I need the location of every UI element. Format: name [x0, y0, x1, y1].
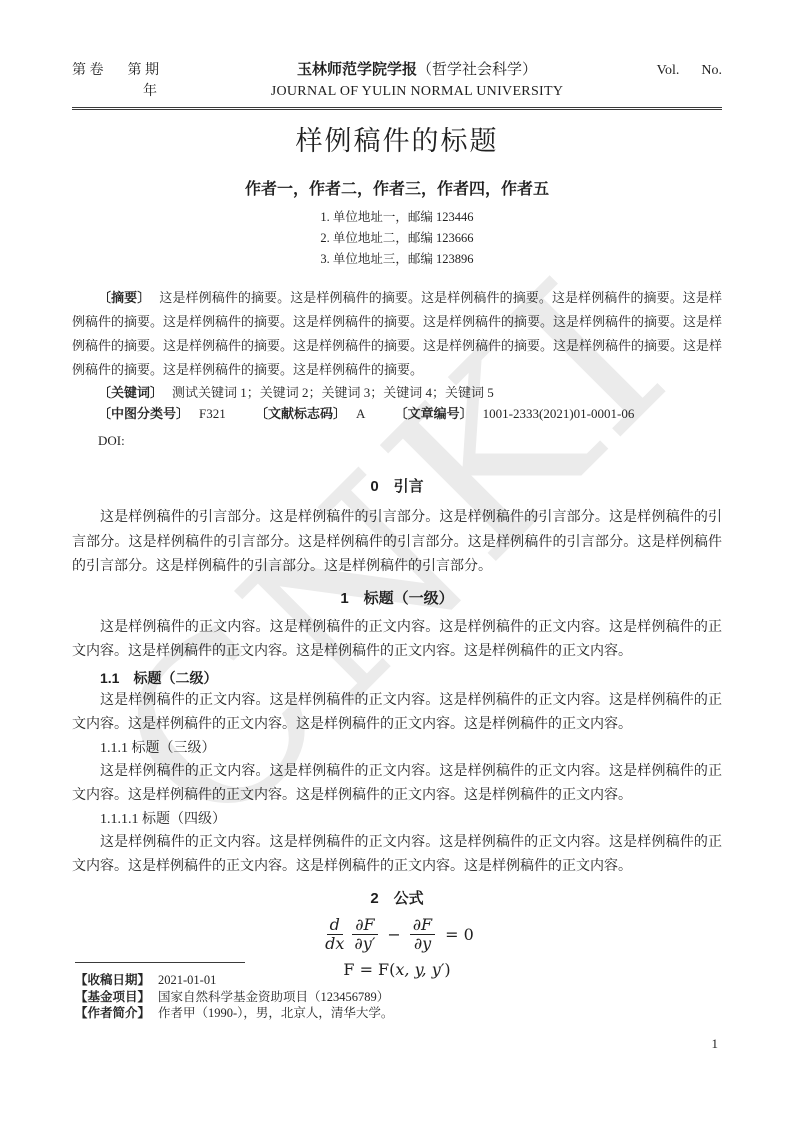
- year-label-cn: 年: [72, 80, 242, 100]
- clc-label: 〔中图分类号〕: [98, 406, 189, 421]
- section-heading-formulas: 2 公式: [72, 889, 722, 909]
- journal-name-cn: 玉林师范学院学报: [297, 62, 417, 78]
- keywords-label: 〔关键词〕: [98, 385, 163, 400]
- intro-paragraph: 这是样例稿件的引言部分。这是样例稿件的引言部分。这是样例稿件的引言部分。这是样例…: [72, 506, 722, 580]
- author-bio-line: 【作者简介】作者甲（1990-），男，北京人，清华大学。: [75, 1005, 725, 1022]
- fraction-dF-dy: ∂F ∂y: [410, 916, 435, 954]
- keywords-line: 〔关键词〕测试关键词 1；关键词 2；关键词 3；关键词 4；关键词 5: [72, 382, 722, 403]
- abstract-paragraph: 〔摘要〕这是样例稿件的摘要。这是样例稿件的摘要。这是样例稿件的摘要。这是样例稿件…: [72, 286, 722, 382]
- doc-code-label: 〔文献标志码〕: [255, 406, 346, 421]
- fraction-d-dx: d dx: [322, 916, 347, 954]
- footnote-block: 【收稿日期】2021-01-01 【基金项目】国家自然科学基金资助项目（1234…: [75, 962, 725, 1022]
- volume-label-en: Vol.: [657, 63, 680, 79]
- fraction-numerator: ∂F: [410, 916, 435, 935]
- equals-zero: = 0: [445, 925, 474, 944]
- clc-value: F321: [199, 406, 226, 421]
- article-no-group: 〔文章编号〕1001-2333(2021)01-0001-06: [395, 406, 635, 421]
- doi-line: DOI:: [72, 430, 722, 451]
- body-paragraph-2: 这是样例稿件的正文内容。这是样例稿件的正文内容。这是样例稿件的正文内容。这是样例…: [72, 689, 722, 738]
- volume-issue-cn: 第 卷 第 期: [72, 59, 242, 79]
- received-date-value: 2021-01-01: [158, 973, 216, 987]
- affiliation-3: 3. 单位地址三，邮编 123896: [72, 249, 722, 270]
- formula-euler-lagrange: d dx ∂F ∂y′ − ∂F ∂y = 0: [72, 916, 722, 954]
- section-heading-1: 1 标题（一级）: [72, 589, 722, 609]
- abstract-text: 这是样例稿件的摘要。这是样例稿件的摘要。这是样例稿件的摘要。这是样例稿件的摘要。…: [72, 290, 722, 377]
- author-list: 作者一，作者二，作者三，作者四，作者五: [72, 180, 722, 200]
- doc-code-value: A: [356, 406, 365, 421]
- issue-label-en: No.: [701, 63, 722, 79]
- section-heading-1-1-1: 1.1.1 标题（三级）: [72, 738, 722, 760]
- fraction-denominator: ∂y′: [351, 935, 378, 953]
- journal-name-cn-paren: （哲学社会科学）: [417, 62, 537, 78]
- clc-group: 〔中图分类号〕F321: [98, 406, 226, 421]
- fund-project-label: 【基金项目】: [75, 990, 150, 1004]
- doc-code-group: 〔文献标志码〕A: [255, 406, 365, 421]
- running-head: 第 卷 第 期 玉林师范学院学报（哲学社会科学） Vol. No. 年 JOUR…: [72, 0, 722, 110]
- body-paragraph-1: 这是样例稿件的正文内容。这是样例稿件的正文内容。这是样例稿件的正文内容。这是样例…: [72, 616, 722, 665]
- fund-project-line: 【基金项目】国家自然科学基金资助项目（123456789）: [75, 989, 725, 1006]
- classification-line: 〔中图分类号〕F321 〔文献标志码〕A 〔文章编号〕1001-2333(202…: [72, 403, 722, 424]
- running-head-row2: 年 JOURNAL OF YULIN NORMAL UNIVERSITY: [72, 80, 722, 100]
- keywords-text: 测试关键词 1；关键词 2；关键词 3；关键词 4；关键词 5: [172, 385, 494, 400]
- fund-project-value: 国家自然科学基金资助项目（123456789）: [158, 990, 389, 1004]
- section-heading-1-1: 1.1 标题（二级）: [72, 667, 722, 689]
- section-heading-1-1-1-1: 1.1.1.1 标题（四级）: [72, 809, 722, 831]
- author-bio-value: 作者甲（1990-），男，北京人，清华大学。: [158, 1006, 393, 1020]
- affiliation-list: 1. 单位地址一，邮编 123446 2. 单位地址二，邮编 123666 3.…: [72, 207, 722, 270]
- affiliation-1: 1. 单位地址一，邮编 123446: [72, 207, 722, 228]
- fraction-numerator: d: [327, 916, 343, 935]
- page-number: 1: [712, 1036, 719, 1052]
- article-no-label: 〔文章编号〕: [395, 406, 473, 421]
- fraction-denominator: dx: [322, 935, 347, 953]
- body-paragraph-4: 这是样例稿件的正文内容。这是样例稿件的正文内容。这是样例稿件的正文内容。这是样例…: [72, 831, 722, 880]
- section-heading-intro: 0 引言: [72, 477, 722, 497]
- minus-operator: −: [387, 925, 400, 944]
- footnote-rule: [75, 962, 245, 963]
- received-date-label: 【收稿日期】: [75, 973, 150, 987]
- fraction-denominator: ∂y: [411, 935, 434, 953]
- page-content: 第 卷 第 期 玉林师范学院学报（哲学社会科学） Vol. No. 年 JOUR…: [0, 0, 794, 981]
- author-bio-label: 【作者简介】: [75, 1006, 150, 1020]
- body-paragraph-3: 这是样例稿件的正文内容。这是样例稿件的正文内容。这是样例稿件的正文内容。这是样例…: [72, 760, 722, 809]
- header-double-rule: [72, 107, 722, 110]
- abstract-label: 〔摘要〕: [98, 290, 150, 305]
- fraction-numerator: ∂F: [352, 916, 377, 935]
- affiliation-2: 2. 单位地址二，邮编 123666: [72, 228, 722, 249]
- volume-issue-en: Vol. No.: [592, 63, 722, 79]
- article-no-value: 1001-2333(2021)01-0001-06: [483, 406, 635, 421]
- fraction-dF-dyprime: ∂F ∂y′: [351, 916, 378, 954]
- journal-page: CNKI 第 卷 第 期 玉林师范学院学报（哲学社会科学） Vol. No. 年…: [0, 0, 794, 1123]
- received-date-line: 【收稿日期】2021-01-01: [75, 972, 725, 989]
- running-head-row1: 第 卷 第 期 玉林师范学院学报（哲学社会科学） Vol. No.: [72, 58, 722, 79]
- issue-label-cn: 第 期: [128, 59, 160, 79]
- volume-label-cn: 第 卷: [72, 59, 104, 79]
- article-title: 样例稿件的标题: [72, 124, 722, 158]
- journal-title-en: JOURNAL OF YULIN NORMAL UNIVERSITY: [242, 84, 592, 100]
- journal-title-cn: 玉林师范学院学报（哲学社会科学）: [242, 58, 592, 79]
